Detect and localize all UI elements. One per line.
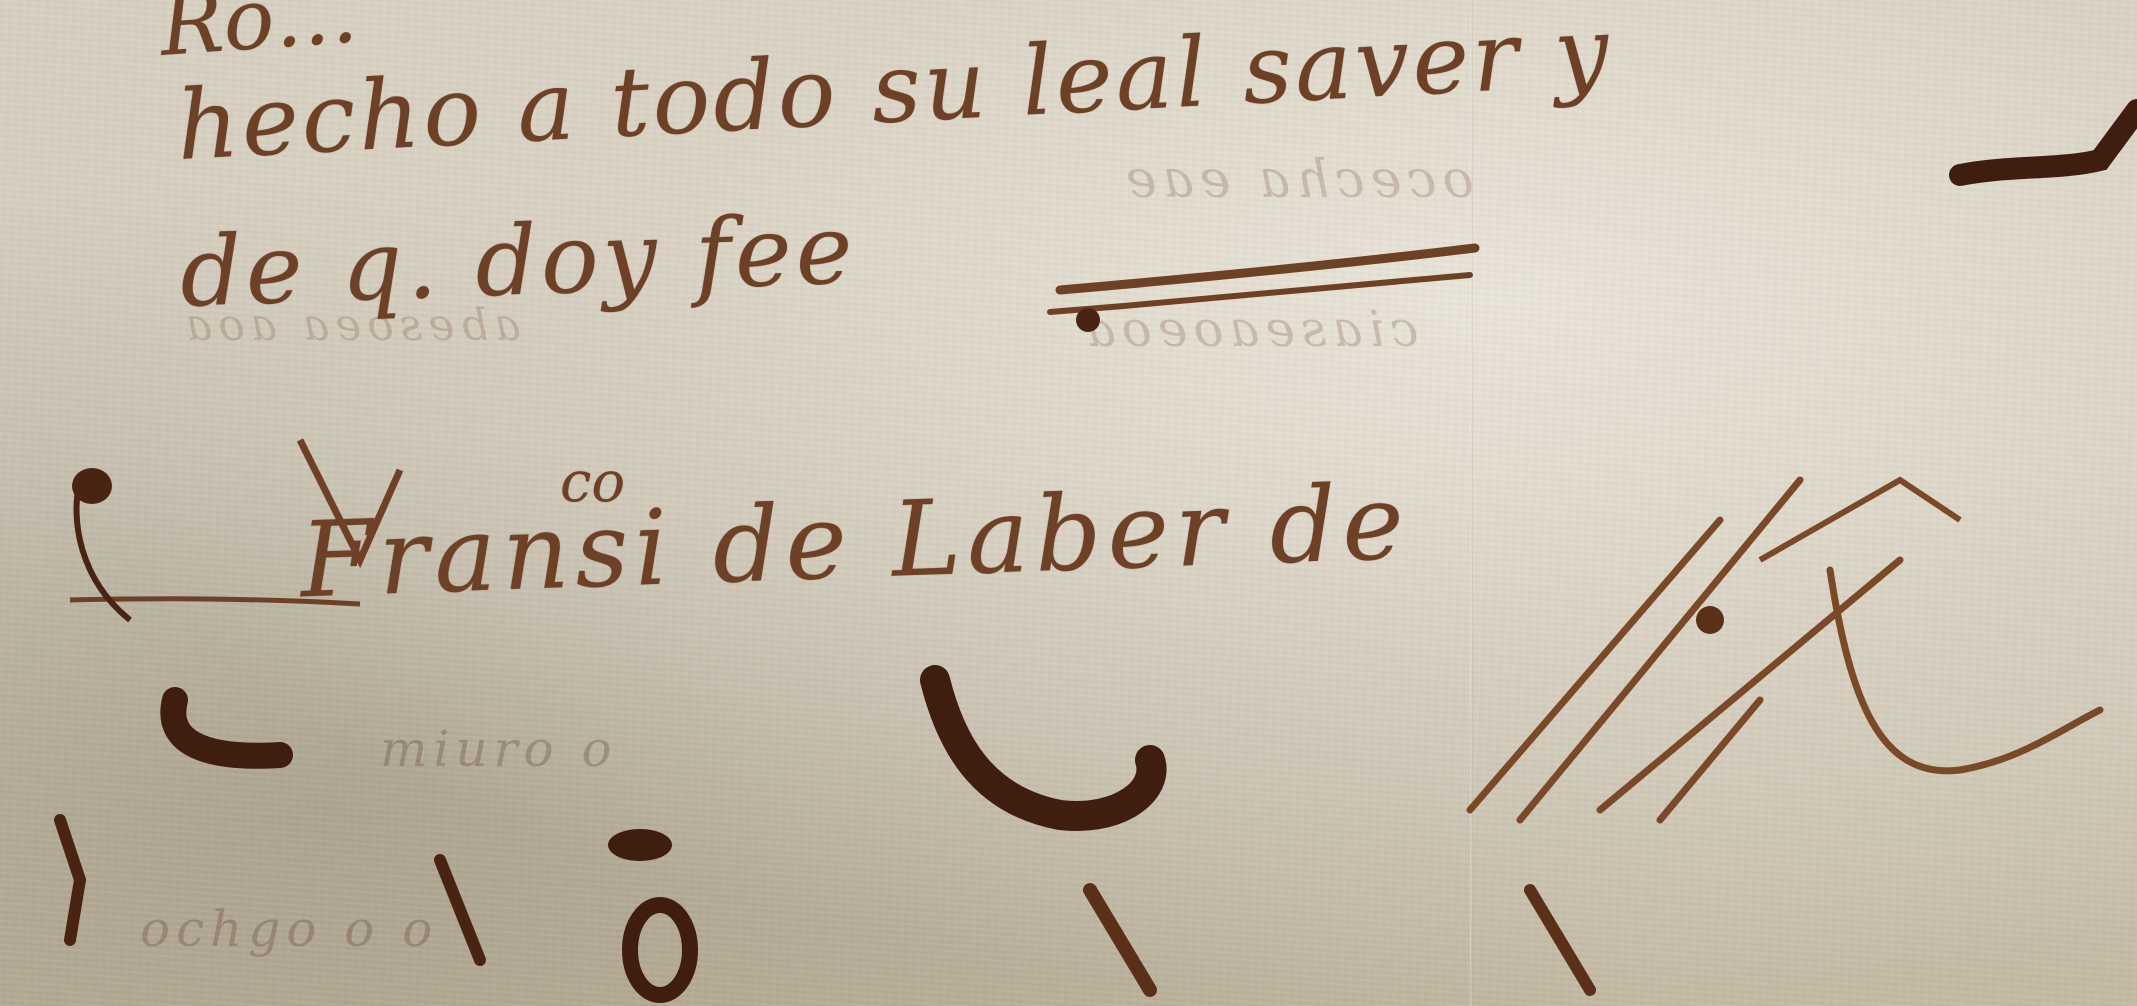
signatory-name: Fransi de Laber de (298, 461, 1411, 622)
bleed-through-text: ocecha eae (1120, 150, 1474, 210)
manuscript-page: ocecha eae ciaseaoeoa abesoea aoa miuro … (0, 0, 2137, 1006)
manuscript-line-3: de q. doy fee (178, 193, 858, 329)
bleed-through-text: ciaseaoeoa (1080, 300, 1418, 358)
bleed-through-text: miuro o (380, 720, 618, 778)
bleed-through-text: ochgo o o (140, 900, 438, 958)
